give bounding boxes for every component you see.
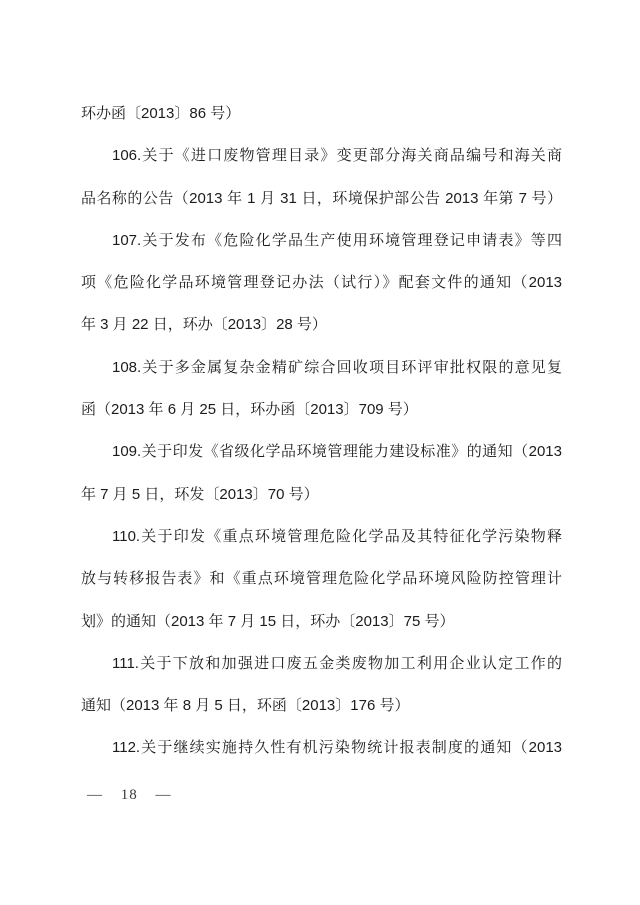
document-line: 107.关于发布《危险化学品生产使用环境管理登记申请表》等四	[81, 220, 562, 262]
document-line: 品名称的公告（2013 年 1 月 31 日，环境保护部公告 2013 年第 7…	[81, 178, 562, 220]
document-line: 110.关于印发《重点环境管理危险化学品及其特征化学污染物释	[81, 516, 562, 558]
document-line: 函（2013 年 6 月 25 日，环办函〔2013〕709 号）	[81, 389, 562, 431]
document-line: 放与转移报告表》和《重点环境管理危险化学品环境风险防控管理计	[81, 558, 562, 600]
document-line: 109.关于印发《省级化学品环境管理能力建设标准》的通知（2013	[81, 431, 562, 473]
document-line: 111.关于下放和加强进口废五金类废物加工利用企业认定工作的	[81, 643, 562, 685]
document-line: 项《危险化学品环境管理登记办法（试行）》配套文件的通知（2013	[81, 262, 562, 304]
document-line: 112.关于继续实施持久性有机污染物统计报表制度的通知（2013	[81, 727, 562, 769]
document-line: 通知（2013 年 8 月 5 日，环函〔2013〕176 号）	[81, 685, 562, 727]
document-body: 环办函〔2013〕86 号）106.关于《进口废物管理目录》变更部分海关商品编号…	[81, 93, 562, 770]
document-line: 划》的通知（2013 年 7 月 15 日，环办〔2013〕75 号）	[81, 601, 562, 643]
document-line: 年 7 月 5 日，环发〔2013〕70 号）	[81, 474, 562, 516]
document-line: 年 3 月 22 日，环办〔2013〕28 号）	[81, 304, 562, 346]
document-line: 106.关于《进口废物管理目录》变更部分海关商品编号和海关商	[81, 135, 562, 177]
document-line: 环办函〔2013〕86 号）	[81, 93, 562, 135]
page-number: — 18 —	[87, 784, 172, 806]
document-page: 环办函〔2013〕86 号）106.关于《进口废物管理目录》变更部分海关商品编号…	[0, 0, 640, 905]
document-line: 108.关于多金属复杂金精矿综合回收项目环评审批权限的意见复	[81, 347, 562, 389]
